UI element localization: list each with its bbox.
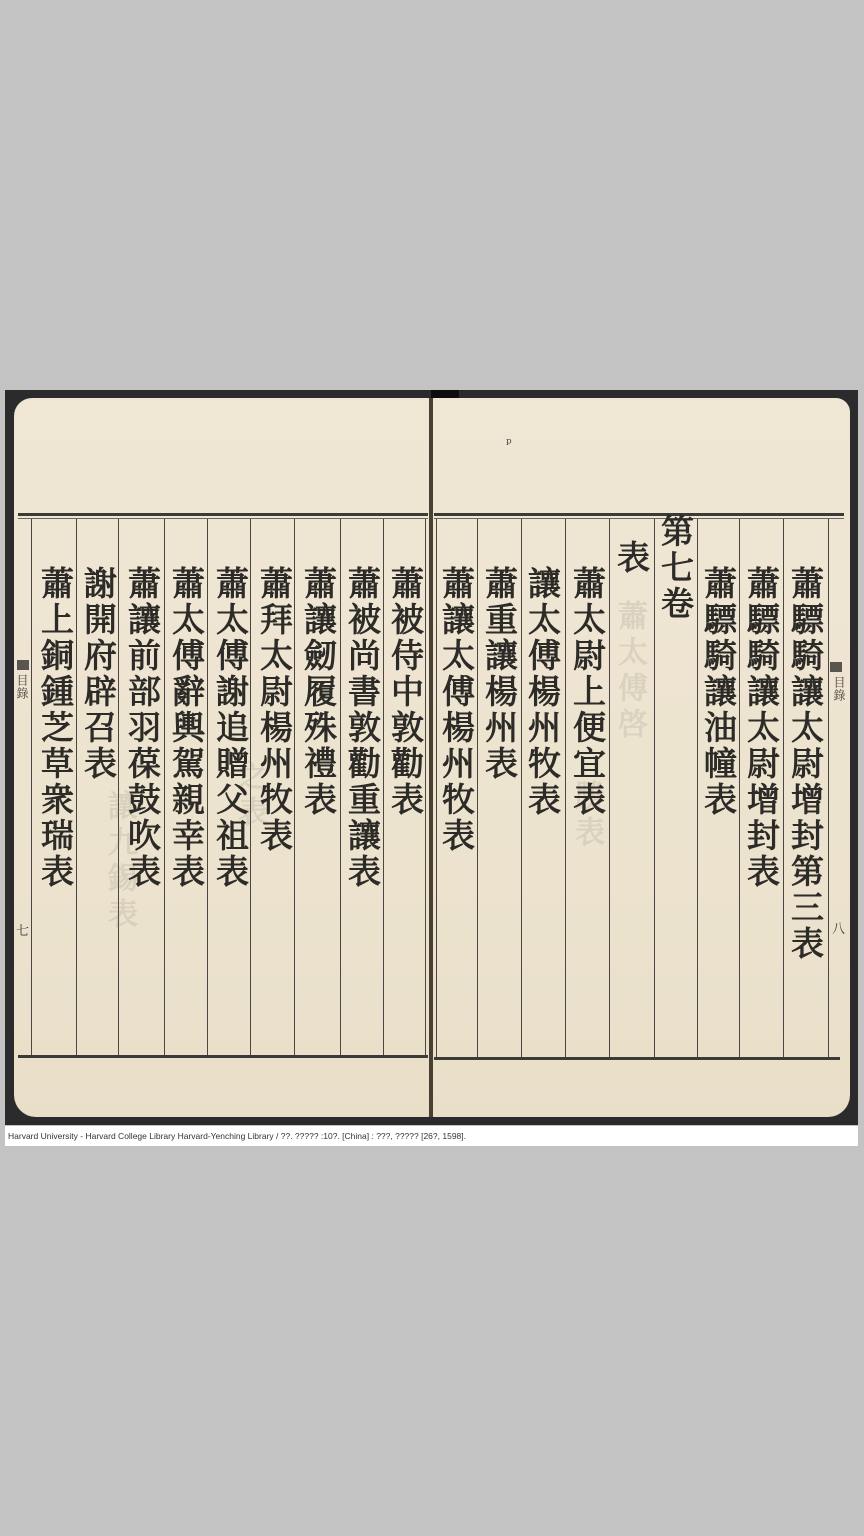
volume-heading: 第七卷: [655, 514, 695, 622]
toc-entry: 蕭太傅辭輿駕親幸表: [166, 566, 206, 890]
toc-entry: 蕭讓前部羽葆鼓吹表: [122, 566, 162, 890]
left-column-line: [31, 519, 32, 1055]
left-bottom-rule: [18, 1055, 428, 1058]
toc-entry: 蕭太尉上便宜表: [567, 566, 607, 818]
toc-entry: 蕭太傅謝追贈父祖表: [210, 566, 250, 890]
left-column-line: [118, 519, 119, 1055]
toc-entry: 蕭驃騎讓油幢表: [698, 566, 738, 818]
folio-number: 七: [16, 920, 29, 939]
left-column-line: [294, 519, 295, 1055]
toc-entry: 蕭拜太尉楊州牧表: [254, 566, 294, 854]
section-heading: 表: [611, 540, 651, 576]
toc-entry: 蕭上銅鍾芝草衆瑞表: [35, 566, 75, 890]
book-gutter: [429, 398, 433, 1117]
right-bottom-rule: [434, 1057, 840, 1060]
toc-entry: 蕭讓太傅楊州牧表: [436, 566, 476, 854]
toc-entry: 謝開府辟召表: [78, 566, 118, 782]
margin-label: 目錄: [834, 676, 848, 702]
ink-stain: ᵖ: [506, 436, 512, 452]
toc-entry: 蕭驃騎讓太尉增封表: [741, 566, 781, 890]
left-top-rule: [18, 513, 428, 516]
left-column-line: [207, 519, 208, 1055]
left-column-line: [425, 519, 426, 1055]
toc-entry: 讓太傅楊州牧表: [522, 566, 562, 818]
margin-label: 目錄: [17, 674, 31, 700]
left-top-rule-inner: [18, 518, 428, 519]
folio-number: 八: [832, 918, 845, 937]
right-column-line: [828, 519, 829, 1057]
caption-bar: Harvard University - Harvard College Lib…: [5, 1126, 858, 1146]
caption-text: Harvard University - Harvard College Lib…: [8, 1131, 466, 1141]
gutter-top-shadow: [431, 390, 459, 398]
toc-entry: 蕭重讓楊州表: [479, 566, 519, 782]
toc-entry: 蕭讓劒履殊禮表: [298, 566, 338, 818]
toc-entry: 蕭被尚書敦勸重讓表: [342, 566, 382, 890]
fishtail-mark: [17, 660, 29, 670]
toc-entry: 蕭驃騎讓太尉增封第三表: [785, 566, 825, 962]
toc-entry: 蕭被侍中敦勸表: [385, 566, 425, 818]
right-top-rule: [434, 513, 844, 516]
fishtail-mark: [830, 662, 842, 672]
bleed-through-text: 蕭太傅啓: [615, 600, 651, 744]
